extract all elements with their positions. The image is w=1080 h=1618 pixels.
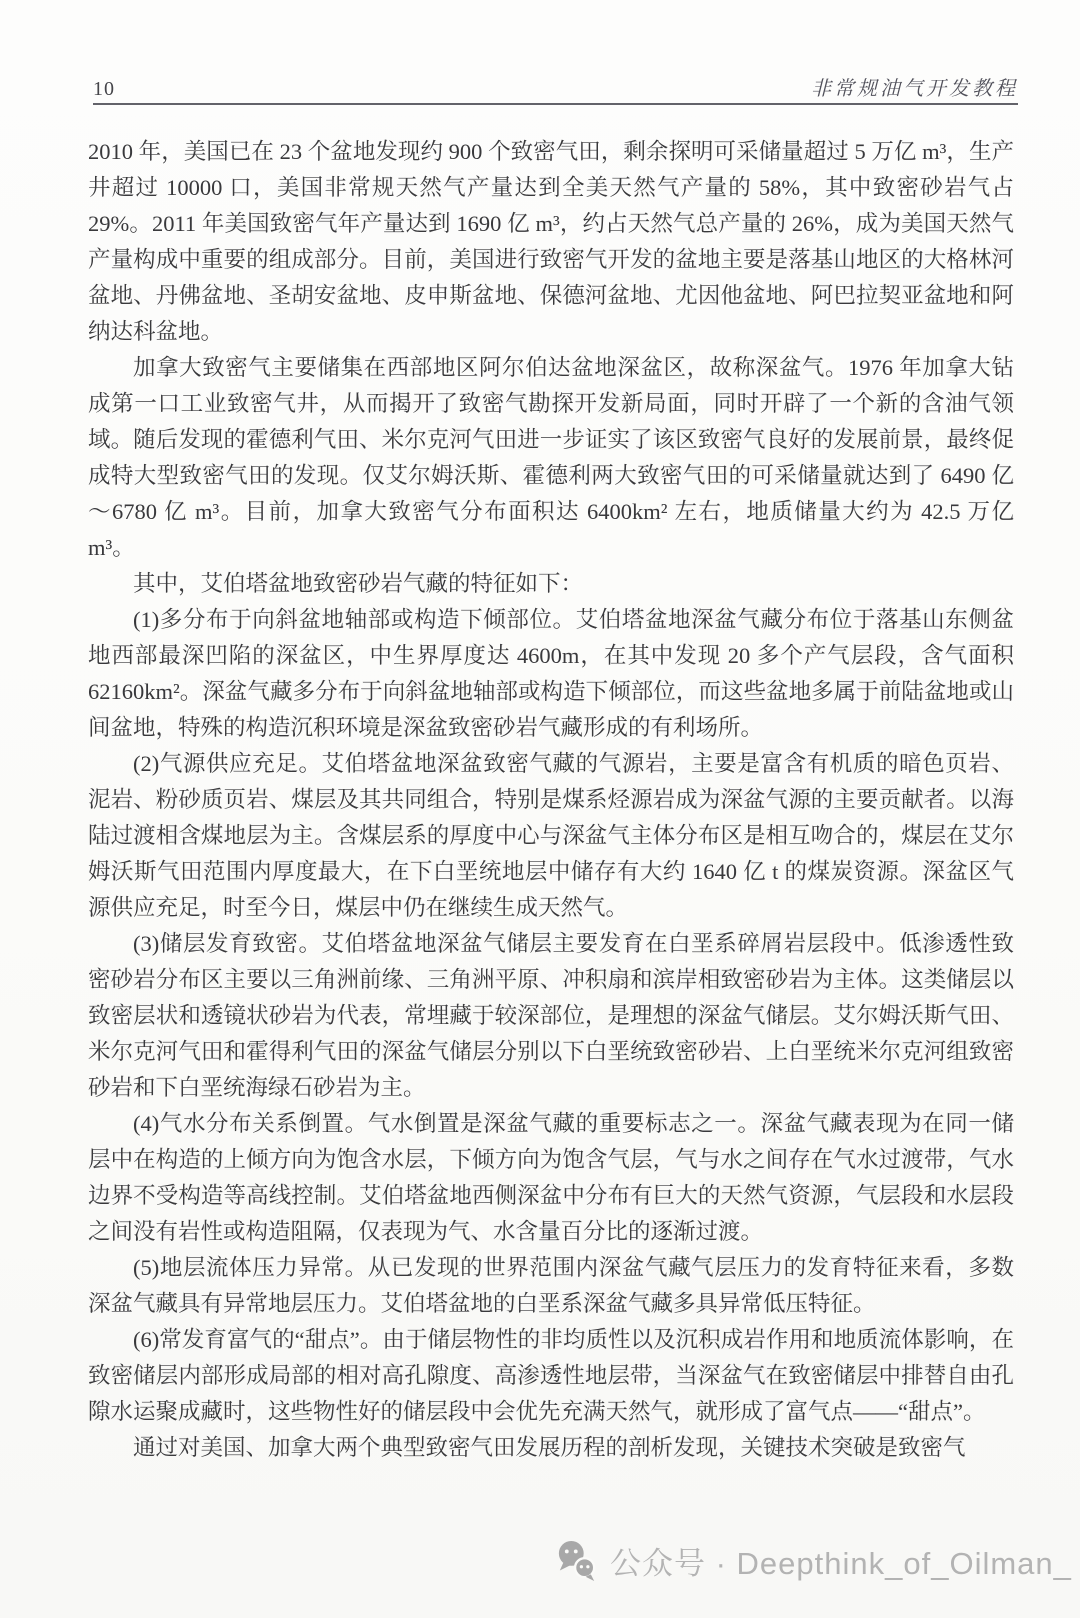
paragraph-6: (3)储层发育致密。艾伯塔盆地深盆气储层主要发育在白垩系碎屑岩层段中。低渗透性致…	[88, 926, 1014, 1106]
page-body: 2010 年，美国已在 23 个盆地发现约 900 个致密气田，剩余探明可采储量…	[88, 134, 1014, 1466]
running-head-title: 非常规油气开发教程	[811, 72, 1018, 101]
paragraph-9: (6)常发育富气的“甜点”。由于储层物性的非均质性以及沉积成岩作用和地质流体影响…	[88, 1322, 1014, 1430]
paragraph-4: (1)多分布于向斜盆地轴部或构造下倾部位。艾伯塔盆地深盆气藏分布位于落基山东侧盆…	[88, 602, 1014, 746]
paragraph-8: (5)地层流体压力异常。从已发现的世界范围内深盆气藏气层压力的发育特征来看，多数…	[88, 1250, 1014, 1322]
watermark: 公众号 · Deepthink_of_Oilman_	[556, 1538, 1072, 1583]
book-page: 10 非常规油气开发教程 2010 年，美国已在 23 个盆地发现约 900 个…	[0, 0, 1080, 1618]
wechat-icon	[556, 1539, 598, 1583]
paragraph-7: (4)气水分布关系倒置。气水倒置是深盆气藏的重要标志之一。深盆气藏表现为在同一储…	[88, 1106, 1014, 1250]
paragraph-1: 2010 年，美国已在 23 个盆地发现约 900 个致密气田，剩余探明可采储量…	[88, 134, 1014, 350]
header-rule	[93, 103, 1018, 105]
paragraph-10: 通过对美国、加拿大两个典型致密气田发展历程的剖析发现，关键技术突破是致密气	[88, 1430, 1014, 1466]
paragraph-2: 加拿大致密气主要储集在西部地区阿尔伯达盆地深盆区，故称深盆气。1976 年加拿大…	[88, 350, 1014, 566]
page-number: 10	[93, 78, 115, 101]
paragraph-5: (2)气源供应充足。艾伯塔盆地深盆致密气藏的气源岩，主要是富含有机质的暗色页岩、…	[88, 746, 1014, 926]
page-header: 10 非常规油气开发教程	[93, 72, 1018, 101]
watermark-text: 公众号 · Deepthink_of_Oilman_	[610, 1538, 1072, 1583]
paragraph-3: 其中，艾伯塔盆地致密砂岩气藏的特征如下：	[88, 566, 1014, 602]
